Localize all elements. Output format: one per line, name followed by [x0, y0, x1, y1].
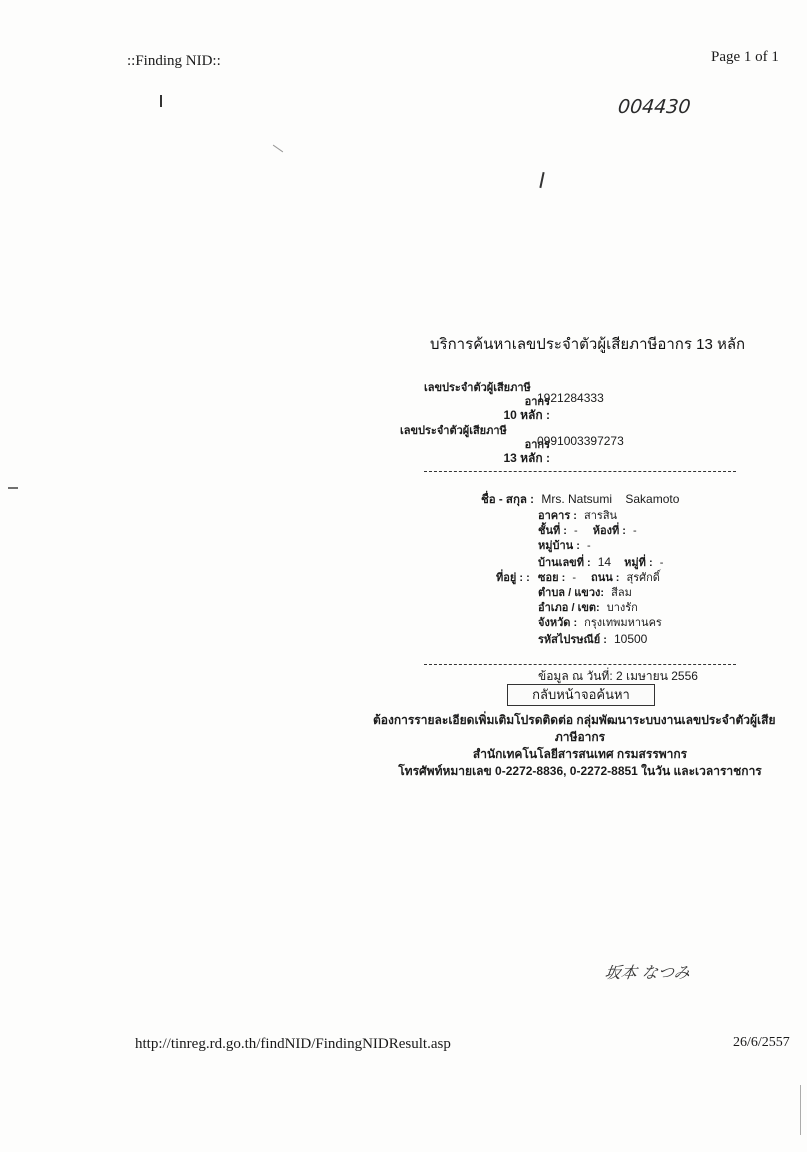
address-subdistrict: ตำบล / แขวง: สีลม: [538, 586, 663, 601]
address-label: ที่อยู่ : :: [496, 571, 530, 586]
address-soi-road: ที่อยู่ : : ซอย : - ถนน : สุรศักดิ์: [538, 571, 663, 586]
contact-line: ต้องการรายละเอียดเพิ่มเติมโปรดติดต่อ กลุ…: [360, 712, 800, 729]
contact-department: สำนักเทคโนโลยีสารสนเทศ กรมสรรพากร: [360, 746, 800, 763]
scan-mark: [8, 487, 18, 489]
name-label: ชื่อ - สกุล :: [481, 494, 534, 506]
address-province: จังหวัด : กรุงเทพมหานคร: [538, 616, 663, 631]
divider: [424, 664, 736, 665]
handwritten-signature: 坂本 なつみ: [603, 960, 691, 983]
tax-id-13: เลขประจำตัวผู้เสียภาษี อากร 099100339727…: [400, 421, 740, 465]
tax-id-block: เลขประจำตัวผู้เสียภาษี อากร 1921284333 1…: [400, 378, 740, 465]
contact-line: ภาษีอากร: [360, 729, 800, 746]
address-house-no: บ้านเลขที่ : 14 หมู่ที่ : -: [538, 555, 663, 571]
footer-url: http://tinreg.rd.go.th/findNID/FindingNI…: [135, 1036, 451, 1053]
tax-id-13-value: 0991003397273: [537, 434, 624, 448]
scan-mark: [800, 1085, 801, 1135]
contact-info: ต้องการรายละเอียดเพิ่มเติมโปรดติดต่อ กลุ…: [360, 712, 800, 780]
address-block: อาคาร : สารสิน ชั้นที่ : - ห้องที่ : - ห…: [538, 509, 663, 648]
service-title: บริการค้นหาเลขประจำตัวผู้เสียภาษีอากร 13…: [430, 332, 745, 356]
tax-id-label: 13 หลัก :: [480, 449, 550, 468]
page-indicator: Page 1 of 1: [711, 49, 779, 66]
address-district: อำเภอ / เขต: บางรัก: [538, 601, 663, 616]
address-village: หมู่บ้าน : -: [538, 539, 663, 554]
page-header-title: ::Finding NID::: [127, 53, 221, 70]
scan-mark: [160, 95, 162, 107]
name-row: ชื่อ - สกุล : Mrs. Natsumi Sakamoto: [481, 491, 679, 509]
tax-id-10: เลขประจำตัวผู้เสียภาษี อากร 1921284333 1…: [400, 378, 740, 418]
address-building: อาคาร : สารสิน: [538, 509, 663, 524]
contact-phone: โทรศัพท์หมายเลข 0-2272-8836, 0-2272-8851…: [360, 763, 800, 780]
handwritten-document-number: 004430: [617, 96, 692, 118]
back-to-search-button[interactable]: กลับหน้าจอค้นหา: [507, 684, 655, 706]
address-floor-room: ชั้นที่ : - ห้องที่ : -: [538, 524, 663, 539]
footer-date: 26/6/2557: [733, 1035, 790, 1051]
address-postcode: รหัสไปรษณีย์ : 10500: [538, 632, 663, 648]
tax-id-10-value: 1921284333: [537, 391, 604, 405]
name-value: Mrs. Natsumi Sakamoto: [541, 492, 679, 506]
divider: [424, 471, 736, 472]
scan-mark: [539, 172, 544, 188]
scan-mark: [273, 145, 283, 153]
